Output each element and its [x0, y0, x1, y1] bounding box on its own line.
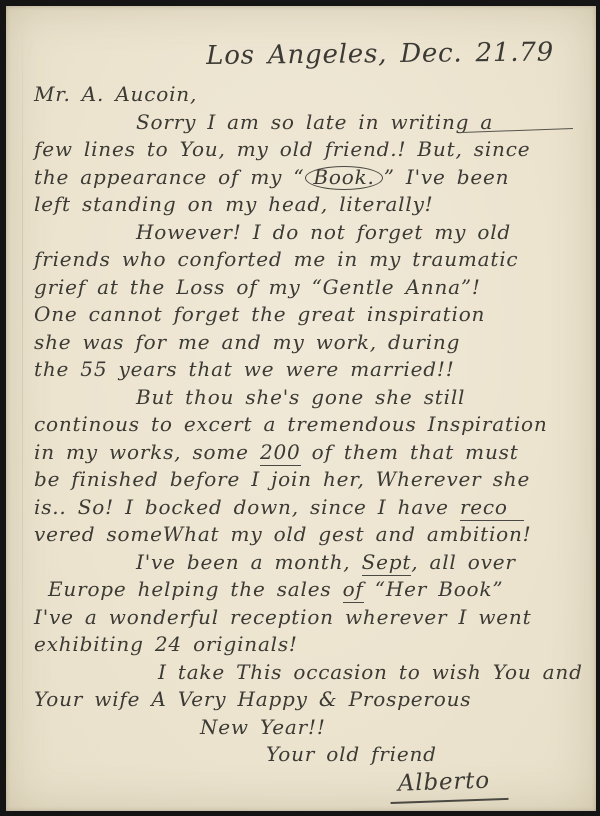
letter-text: I've been a month, — [136, 550, 362, 574]
letter-text: is.. So! I bocked down, since I have — [34, 495, 460, 519]
paper-crease — [22, 6, 23, 811]
letter-text: , all over — [411, 550, 516, 574]
letter-text: “Her Book” — [364, 577, 504, 601]
closing: Your old friend — [34, 741, 576, 769]
letter-line: Your wife A Very Happy & Prosperous — [34, 686, 576, 714]
underlined-word: of — [343, 577, 364, 603]
letter-line: I've a wonderful reception wherever I we… — [34, 604, 576, 632]
letter-text: Your wife A Very Happy & Prosperous — [34, 687, 471, 711]
circled-word: Book. — [305, 166, 382, 190]
underlined-word: Sept — [362, 550, 412, 576]
letter-text: be finished before I join her, Wherever … — [34, 467, 530, 491]
letter-line: vered someWhat my old gest and ambition! — [34, 521, 576, 549]
letter-text: ” I've been — [384, 165, 510, 189]
letter-line: However! I do not forget my old — [34, 219, 576, 247]
letter-line: the 55 years that we were married!! — [34, 356, 576, 384]
letter-text: However! I do not forget my old — [136, 220, 511, 244]
letter-line: few lines to You, my old friend.! But, s… — [34, 136, 576, 164]
letter-line: friends who conforted me in my traumatic — [34, 246, 576, 274]
letter-line: be finished before I join her, Wherever … — [34, 466, 576, 494]
letter-line: But thou she's gone she still — [34, 384, 576, 412]
underlined-word: reco — [460, 495, 524, 521]
letter-body: Mr. A. Aucoin, Sorry I am so late in wri… — [34, 81, 576, 801]
photo-border: Los Angeles, Dec. 21.79 Mr. A. Aucoin, S… — [0, 0, 600, 816]
letter-text: I've a wonderful reception wherever I we… — [34, 605, 531, 629]
letter-line: Sorry I am so late in writing a — [34, 109, 576, 137]
letter-line: she was for me and my work, during — [34, 329, 576, 357]
letter-line: grief at the Loss of my “Gentle Anna”! — [34, 274, 576, 302]
salutation: Mr. A. Aucoin, — [34, 81, 576, 109]
underlined-word: 200 — [260, 440, 301, 466]
letter-line: exhibiting 24 originals! — [34, 631, 576, 659]
letter-text: Your old friend — [266, 742, 437, 766]
letter-line: New Year!! — [34, 714, 576, 742]
letter-text: One cannot forget the great inspiration — [34, 302, 485, 326]
dateline: Los Angeles, Dec. 21.79 — [34, 23, 577, 84]
letter-line: in my works, some 200 of them that must — [34, 439, 576, 467]
letter-text: New Year!! — [200, 715, 326, 739]
letter-text: left standing on my head, literally! — [34, 192, 434, 216]
letter-text: grief at the Loss of my “Gentle Anna”! — [34, 275, 481, 299]
letter-paper: Los Angeles, Dec. 21.79 Mr. A. Aucoin, S… — [6, 6, 596, 811]
letter-text: of them that must — [301, 440, 519, 464]
letter-text: But thou she's gone she still — [136, 385, 465, 409]
letter-line: One cannot forget the great inspiration — [34, 301, 576, 329]
letter-text: I take This occasion to wish You and — [158, 660, 583, 684]
letter-text: vered someWhat my old gest and ambition! — [34, 522, 532, 546]
letter-line: the appearance of my “Book.” I've been — [34, 164, 576, 192]
letter-line: I've been a month, Sept, all over — [34, 549, 576, 577]
letter-text: continous to excert a tremendous Inspira… — [34, 412, 548, 436]
signature-text: Alberto — [389, 766, 508, 803]
letter-line: left standing on my head, literally! — [34, 191, 576, 219]
dateline-text: Los Angeles, Dec. 21.79 — [206, 37, 554, 71]
letter-line: continous to excert a tremendous Inspira… — [34, 411, 576, 439]
letter-text: friends who conforted me in my traumatic — [34, 247, 518, 271]
letter-text: Europe helping the sales — [48, 577, 343, 601]
letter-text: in my works, some — [34, 440, 260, 464]
letter-text: the 55 years that we were married!! — [34, 357, 455, 381]
letter-text: the appearance of my “ — [34, 165, 304, 189]
letter-text: she was for me and my work, during — [34, 330, 460, 354]
letter-line: I take This occasion to wish You and — [34, 659, 576, 687]
letter-line: Europe helping the sales of “Her Book” — [34, 576, 576, 604]
signature: Alberto — [34, 769, 576, 802]
letter-text: exhibiting 24 originals! — [34, 632, 298, 656]
salutation-text: Mr. A. Aucoin, — [34, 82, 197, 106]
letter-text: few lines to You, my old friend.! But, s… — [34, 137, 530, 161]
letter-line: is.. So! I bocked down, since I have rec… — [34, 494, 576, 522]
letter-text: Sorry I am so late in writing a — [136, 110, 493, 134]
